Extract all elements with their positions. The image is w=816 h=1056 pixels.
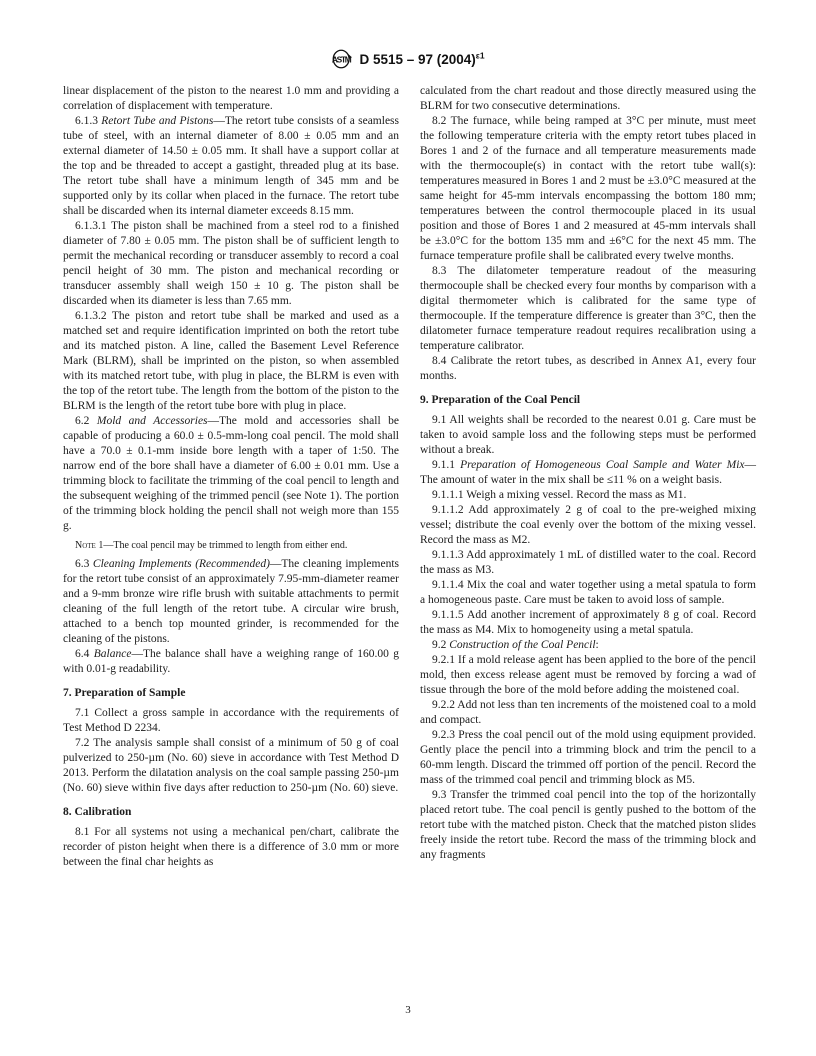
text-run: 6.1.3.1 The piston shall be machined fro… <box>63 220 399 307</box>
text-run: 9.1.1.5 Add another increment of approxi… <box>420 609 756 636</box>
page-footer: 3 <box>0 1004 816 1016</box>
text-run: 6.2 <box>75 415 97 427</box>
paragraph: 8.4 Calibrate the retort tubes, as descr… <box>420 354 756 384</box>
text-run: 9.1.1.2 Add approximately 2 g of coal to… <box>420 504 756 546</box>
paragraph: 8.1 For all systems not using a mechanic… <box>63 825 399 870</box>
paragraph: 9.1.1.3 Add approximately 1 mL of distil… <box>420 548 756 578</box>
standard-designation: D 5515 – 97 (2004)ε1 <box>359 52 484 67</box>
document-body: linear displacement of the piston to the… <box>63 84 756 870</box>
paragraph: 9.1.1.2 Add approximately 2 g of coal to… <box>420 503 756 548</box>
text-run: 8.4 Calibrate the retort tubes, as descr… <box>420 355 756 382</box>
text-run: 9.3 Transfer the trimmed coal pencil int… <box>420 789 756 861</box>
text-run: 6.1.3 <box>75 115 101 127</box>
paragraph: linear displacement of the piston to the… <box>63 84 399 114</box>
text-run: Balance <box>94 648 132 660</box>
text-run: 9.1.1.1 Weigh a mixing vessel. Record th… <box>432 489 686 501</box>
text-run: 8.1 For all systems not using a mechanic… <box>63 826 399 868</box>
section-heading: 8. Calibration <box>63 805 399 820</box>
paragraph: calculated from the chart readout and th… <box>420 84 756 114</box>
paragraph: 6.1.3 Retort Tube and Pistons—The retort… <box>63 114 399 219</box>
text-run: 7. Preparation of Sample <box>63 687 185 699</box>
paragraph: 6.3 Cleaning Implements (Recommended)—Th… <box>63 557 399 647</box>
paragraph: 9.1.1.1 Weigh a mixing vessel. Record th… <box>420 488 756 503</box>
paragraph: 6.4 Balance—The balance shall have a wei… <box>63 647 399 677</box>
page-header: ASTM D 5515 – 97 (2004)ε1 <box>0 49 816 69</box>
text-run: : <box>596 639 599 651</box>
document-page: ASTM D 5515 – 97 (2004)ε1 linear displac… <box>0 0 816 1056</box>
text-run: 1—The coal pencil may be trimmed to leng… <box>96 540 348 551</box>
text-run: 9.2.1 If a mold release agent has been a… <box>420 654 756 696</box>
paragraph: 9.1 All weights shall be recorded to the… <box>420 413 756 458</box>
text-run: —The retort tube consists of a seamless … <box>63 115 399 217</box>
paragraph: 9.1.1.5 Add another increment of approxi… <box>420 608 756 638</box>
paragraph: 9.2.3 Press the coal pencil out of the m… <box>420 728 756 788</box>
text-run: calculated from the chart readout and th… <box>420 85 756 112</box>
text-run: —The cleaning implements for the retort … <box>63 558 399 645</box>
text-run: 6.3 <box>75 558 93 570</box>
designation-text: D 5515 – 97 (2004) <box>359 52 475 67</box>
paragraph: 9.3 Transfer the trimmed coal pencil int… <box>420 788 756 863</box>
text-run: 7.1 Collect a gross sample in accordance… <box>63 707 399 734</box>
text-run: 9.1.1 <box>432 459 460 471</box>
text-run: Preparation of Homogeneous Coal Sample a… <box>460 459 744 471</box>
section-heading: 9. Preparation of the Coal Pencil <box>420 393 756 408</box>
paragraph: 9.2 Construction of the Coal Pencil: <box>420 638 756 653</box>
text-run: 6.1.3.2 The piston and retort tube shall… <box>63 310 399 412</box>
astm-logo-icon: ASTM <box>331 49 353 69</box>
right-column: calculated from the chart readout and th… <box>420 84 756 870</box>
text-run: 9.2.2 Add not less than ten increments o… <box>420 699 756 726</box>
text-run: 6.4 <box>75 648 94 660</box>
text-run: 9.1.1.3 Add approximately 1 mL of distil… <box>420 549 756 576</box>
text-run: 9.1 All weights shall be recorded to the… <box>420 414 756 456</box>
paragraph: 6.2 Mold and Accessories—The mold and ac… <box>63 414 399 534</box>
text-run: 9. Preparation of the Coal Pencil <box>420 394 580 406</box>
text-run: —The mold and accessories shall be capab… <box>63 415 399 532</box>
text-run: Retort Tube and Pistons <box>101 115 213 127</box>
text-run: linear displacement of the piston to the… <box>63 85 399 112</box>
paragraph: 6.1.3.2 The piston and retort tube shall… <box>63 309 399 414</box>
paragraph: 7.2 The analysis sample shall consist of… <box>63 736 399 796</box>
text-run: 8. Calibration <box>63 806 131 818</box>
paragraph: 8.2 The furnace, while being ramped at 3… <box>420 114 756 264</box>
designation-superscript: ε1 <box>476 50 485 60</box>
text-run: Note <box>75 540 96 551</box>
section-heading: 7. Preparation of Sample <box>63 686 399 701</box>
text-run: 9.1.1.4 Mix the coal and water together … <box>420 579 756 606</box>
paragraph: 9.1.1 Preparation of Homogeneous Coal Sa… <box>420 458 756 488</box>
text-run: Construction of the Coal Pencil <box>449 639 595 651</box>
paragraph: 6.1.3.1 The piston shall be machined fro… <box>63 219 399 309</box>
left-column: linear displacement of the piston to the… <box>63 84 399 870</box>
text-run: 9.2 <box>432 639 449 651</box>
text-run: Mold and Accessories <box>97 415 208 427</box>
text-run: 9.2.3 Press the coal pencil out of the m… <box>420 729 756 786</box>
paragraph: 9.1.1.4 Mix the coal and water together … <box>420 578 756 608</box>
paragraph: 9.2.1 If a mold release agent has been a… <box>420 653 756 698</box>
text-run: 8.3 The dilatometer temperature readout … <box>420 265 756 352</box>
paragraph: 7.1 Collect a gross sample in accordance… <box>63 706 399 736</box>
paragraph: 9.2.2 Add not less than ten increments o… <box>420 698 756 728</box>
text-run: 8.2 The furnace, while being ramped at 3… <box>420 115 756 262</box>
note-paragraph: Note 1—The coal pencil may be trimmed to… <box>63 539 399 552</box>
text-run: Cleaning Implements (Recommended) <box>93 558 270 570</box>
text-run: 7.2 The analysis sample shall consist of… <box>63 737 399 794</box>
page-number: 3 <box>405 1004 411 1016</box>
paragraph: 8.3 The dilatometer temperature readout … <box>420 264 756 354</box>
